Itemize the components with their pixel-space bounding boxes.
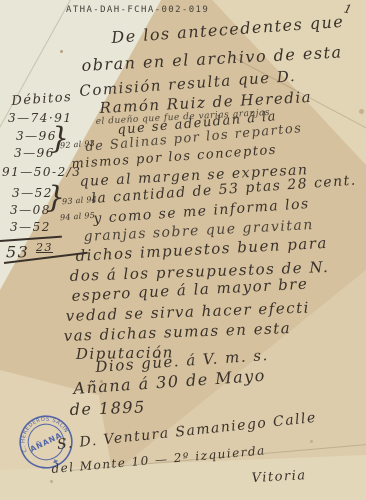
scanned-letter-page: ATHA-DAH-FCHA-002-019 1 De los anteceden… xyxy=(0,0,366,500)
ledger-entry: 3—52 xyxy=(10,221,51,233)
ledger-entry: 3—08 xyxy=(10,204,51,216)
ledger-entry: 3—96 xyxy=(14,147,55,159)
ledger-entry: 91—50-2/3 xyxy=(2,166,81,178)
address-city: Vitoria xyxy=(251,469,307,485)
archival-reference: ATHA-DAH-FCHA-002-019 xyxy=(66,5,209,15)
foxing-specks xyxy=(60,50,63,53)
ledger-total-centimos: 23 xyxy=(36,241,53,254)
dateline-year: de 1895 xyxy=(69,399,146,418)
